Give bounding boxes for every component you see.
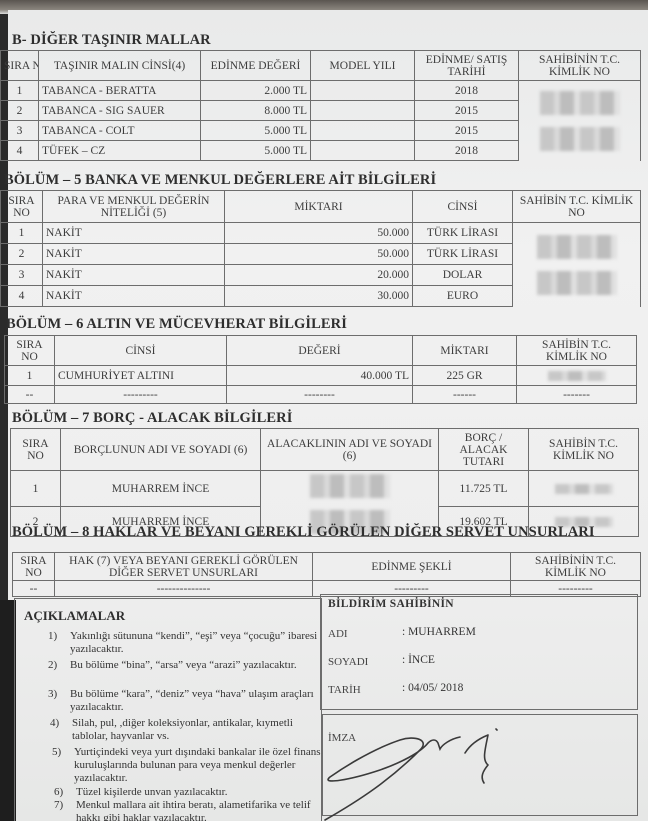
row-amount: ------ <box>413 386 517 404</box>
row-no: 3 <box>1 121 39 141</box>
row-model-year <box>311 121 415 141</box>
row-value: 8.000 TL <box>201 101 311 121</box>
row-no: 1 <box>1 81 39 101</box>
section-5-title: BÖLÜM – 5 BANKA VE MENKUL DEĞERLERE AİT … <box>4 172 436 189</box>
movable-assets-table: SIRA NO TAŞINIR MALIN CİNSİ(4) EDİNME DE… <box>0 50 641 161</box>
row-model-year <box>311 101 415 121</box>
row-no: 1 <box>1 223 43 244</box>
header-nature: PARA VE MENKUL DEĞERİN NİTELİĞİ (5) <box>43 191 225 223</box>
row-debtor: MUHARREM İNCE <box>61 471 261 507</box>
row-amount: 225 GR <box>413 366 517 386</box>
header-tc-no: SAHİBİNİN T.C. KİMLİK NO <box>511 553 641 581</box>
header-item: HAK (7) VEYA BEYANI GEREKLİ GÖRÜLEN DİĞE… <box>55 553 313 581</box>
header-value: EDİNME DEĞERİ <box>201 51 311 81</box>
row-amount: 50.000 <box>225 223 413 244</box>
row-no: 2 <box>1 101 39 121</box>
row-tc-no-redacted <box>517 366 637 386</box>
header-type: CİNSİ <box>55 336 227 366</box>
row-type: TABANCA - BERATTA <box>39 81 201 101</box>
header-amount: BORÇ / ALACAK TUTARI <box>439 429 529 471</box>
row-type: --------- <box>55 386 227 404</box>
row-model-year <box>311 81 415 101</box>
header-debtor: BORÇLUNUN ADI VE SOYADI (6) <box>61 429 261 471</box>
table-row: -- --------- -------- ------ ------- <box>5 386 637 404</box>
header-amount: MİKTARI <box>225 191 413 223</box>
section-8-title: BÖLÜM – 8 HAKLAR VE BEYANI GEREKLİ GÖRÜL… <box>12 524 595 541</box>
row-type: TABANCA - SIG SAUER <box>39 101 201 121</box>
header-model-year: MODEL YILI <box>311 51 415 81</box>
row-type: CUMHURİYET ALTINI <box>55 366 227 386</box>
row-no: -- <box>5 386 55 404</box>
row-nature: NAKİT <box>43 286 225 307</box>
row-date: 2018 <box>415 141 519 161</box>
note-item: 1)Yakınlığı sütununa “kendi”, “eşi” veya… <box>48 630 325 656</box>
table-row: 1 MUHARREM İNCE 11.725 TL <box>11 471 639 507</box>
date-label: TARİH <box>328 684 361 696</box>
debt-receivable-table: SIRA NO BORÇLUNUN ADI VE SOYADI (6) ALAC… <box>10 428 639 537</box>
row-currency: EURO <box>413 286 513 307</box>
note-item: 6)Tüzel kişilerde unvan yazılacaktır. <box>54 786 331 799</box>
row-no: 1 <box>5 366 55 386</box>
table-row: 1 CUMHURİYET ALTINI 40.000 TL 225 GR <box>5 366 637 386</box>
note-item: 7)Menkul mallara ait ihtira beratı, alam… <box>54 799 331 821</box>
row-tc-no-redacted <box>519 81 641 161</box>
row-tc-no-redacted <box>529 471 639 507</box>
name-value: : MUHARREM <box>402 626 476 638</box>
row-value: 2.000 TL <box>201 81 311 101</box>
header-tc-no: SAHİBİNİN T.C. KİMLİK NO <box>519 51 641 81</box>
row-value: -------- <box>227 386 413 404</box>
surname-value: : İNCE <box>402 654 435 666</box>
table-row: 1 NAKİT 50.000 TÜRK LİRASI <box>1 223 641 244</box>
row-currency: TÜRK LİRASI <box>413 223 513 244</box>
note-item: 4)Silah, pul, ,diğer koleksiyonlar, anti… <box>50 717 327 743</box>
section-7-title: BÖLÜM – 7 BORÇ - ALACAK BİLGİLERİ <box>12 410 292 427</box>
header-sira-no: SIRA NO <box>1 191 43 223</box>
row-tc-no-redacted <box>513 223 641 307</box>
row-model-year <box>311 141 415 161</box>
row-amount: 20.000 <box>225 265 413 286</box>
declarant-box <box>320 594 638 710</box>
header-currency: CİNSİ <box>413 191 513 223</box>
row-date: 2018 <box>415 81 519 101</box>
section-6-title: BÖLÜM – 6 ALTIN VE MÜCEVHERAT BİLGİLERİ <box>6 316 347 333</box>
header-tc-no: SAHİBİN T.C. KİMLİK NO <box>517 336 637 366</box>
header-sira-no: SIRA NO <box>13 553 55 581</box>
header-method: EDİNME ŞEKLİ <box>313 553 511 581</box>
row-currency: DOLAR <box>413 265 513 286</box>
header-tc-no: SAHİBİN T.C. KİMLİK NO <box>513 191 641 223</box>
row-amount: 50.000 <box>225 244 413 265</box>
row-no: 1 <box>11 471 61 507</box>
signature-mark <box>320 725 520 821</box>
row-nature: NAKİT <box>43 223 225 244</box>
row-value: 5.000 TL <box>201 121 311 141</box>
row-value: 40.000 TL <box>227 366 413 386</box>
row-no: 4 <box>1 141 39 161</box>
notes-title: AÇIKLAMALAR <box>24 608 125 624</box>
header-sira-no: SIRA NO <box>1 51 39 81</box>
row-no: 2 <box>1 244 43 265</box>
rights-other-assets-table: SIRA NO HAK (7) VEYA BEYANI GEREKLİ GÖRÜ… <box>12 552 641 597</box>
header-amount: MİKTARI <box>413 336 517 366</box>
header-value: DEĞERİ <box>227 336 413 366</box>
header-creditor: ALACAKLININ ADI VE SOYADI (6) <box>261 429 439 471</box>
header-sira-no: SIRA NO <box>11 429 61 471</box>
gold-jewelry-table: SIRA NO CİNSİ DEĞERİ MİKTARI SAHİBİN T.C… <box>4 335 637 404</box>
row-date: 2015 <box>415 121 519 141</box>
row-date: 2015 <box>415 101 519 121</box>
header-type: TAŞINIR MALIN CİNSİ(4) <box>39 51 201 81</box>
declarant-title: BİLDİRİM SAHİBİNİN <box>328 598 454 610</box>
header-date: EDİNME/ SATIŞ TARİHİ <box>415 51 519 81</box>
row-amount: 30.000 <box>225 286 413 307</box>
header-sira-no: SIRA NO <box>5 336 55 366</box>
section-b-title: B- DİĞER TAŞINIR MALLAR <box>12 32 211 49</box>
row-no: 4 <box>1 286 43 307</box>
note-item: 5)Yurtiçindeki veya yurt dışındaki banka… <box>52 746 329 785</box>
row-no: 3 <box>1 265 43 286</box>
row-tc-no: ------- <box>517 386 637 404</box>
date-value: : 04/05/ 2018 <box>402 682 463 694</box>
row-nature: NAKİT <box>43 244 225 265</box>
note-item: 3)Bu bölüme “kara”, “deniz” veya “hava” … <box>48 688 325 714</box>
row-no: -- <box>13 581 55 597</box>
row-nature: NAKİT <box>43 265 225 286</box>
note-item: 2)Bu bölüme “bina”, “arsa” veya “arazi” … <box>48 659 325 672</box>
row-type: TÜFEK – CZ <box>39 141 201 161</box>
declaration-form: B- DİĞER TAŞINIR MALLAR SIRA NO TAŞINIR … <box>0 0 648 821</box>
table-row: 1 TABANCA - BERATTA 2.000 TL 2018 <box>1 81 641 101</box>
row-currency: TÜRK LİRASI <box>413 244 513 265</box>
row-amount: 11.725 TL <box>439 471 529 507</box>
name-label: ADI <box>328 628 348 640</box>
bank-assets-table: SIRA NO PARA VE MENKUL DEĞERİN NİTELİĞİ … <box>0 190 641 307</box>
header-tc-no: SAHİBİN T.C. KİMLİK NO <box>529 429 639 471</box>
surname-label: SOYADI <box>328 656 368 668</box>
row-value: 5.000 TL <box>201 141 311 161</box>
row-item: -------------- <box>55 581 313 597</box>
row-type: TABANCA - COLT <box>39 121 201 141</box>
